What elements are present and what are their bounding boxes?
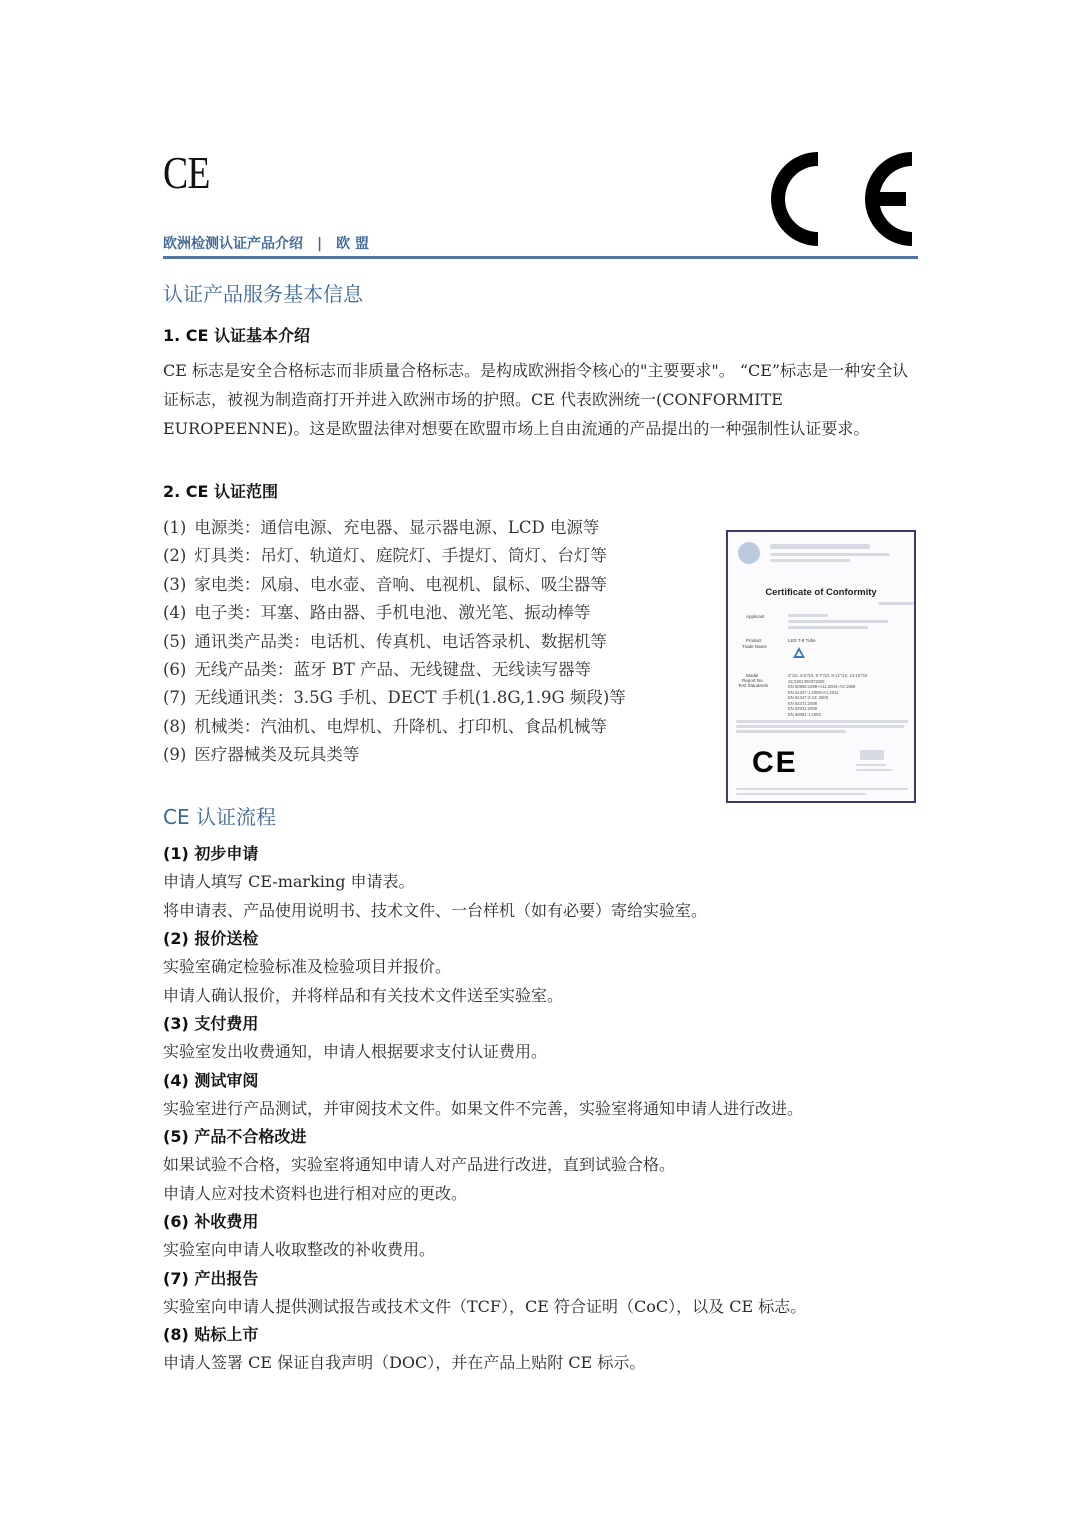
certification-body-logo-icon: [792, 646, 806, 660]
header-divider: [163, 256, 918, 259]
section-heading-process: CE 认证流程: [163, 803, 276, 831]
ce-mark-icon: [768, 146, 916, 252]
scope-item: (2)灯具类：吊灯、轨道灯、庭院灯、手提灯、筒灯、台灯等: [163, 542, 626, 570]
step-text: 申请人确认报价，并将样品和有关技术文件送至实验室。: [163, 982, 806, 1011]
step-title: (8) 贴标上市: [163, 1321, 806, 1349]
step-text: 如果试验不合格，实验室将通知申请人对产品进行改进，直到试验合格。: [163, 1151, 806, 1180]
scope-item: (8)机械类：汽油机、电焊机、升降机、打印机、食品机械等: [163, 713, 626, 741]
subtitle-category: 欧洲检测认证产品介绍: [163, 236, 303, 252]
scope-list: (1)电源类：通信电源、充电器、显示器电源、LCD 电源等 (2)灯具类：吊灯、…: [163, 514, 626, 770]
scope-item: (5)通讯类产品类：电话机、传真机、电话答录机、数据机等: [163, 628, 626, 656]
certificate-title: Certificate of Conformity: [728, 587, 914, 598]
intro-heading: 1. CE 认证基本介绍: [163, 324, 310, 348]
scope-item: (1)电源类：通信电源、充电器、显示器电源、LCD 电源等: [163, 514, 626, 542]
step-text: 实验室确定检验标准及检验项目并报价。: [163, 953, 806, 982]
scope-item: (3)家电类：风扇、电水壶、音响、电视机、鼠标、吸尘器等: [163, 571, 626, 599]
step-title: (1) 初步申请: [163, 840, 806, 868]
step-text: 申请人应对技术资料也进行相对应的更改。: [163, 1180, 806, 1209]
step-text: 申请人签署 CE 保证自我声明（DOC），并在产品上贴附 CE 标示。: [163, 1349, 806, 1378]
scope-item: (6)无线产品类：蓝牙 BT 产品、无线键盘、无线读写器等: [163, 656, 626, 684]
scope-item: (4)电子类：耳塞、路由器、手机电池、激光笔、振动棒等: [163, 599, 626, 627]
step-title: (4) 测试审阅: [163, 1067, 806, 1095]
step-text: 实验室发出收费通知，申请人根据要求支付认证费用。: [163, 1038, 806, 1067]
step-text: 实验室向申请人提供测试报告或技术文件（TCF），CE 符合证明（CoC），以及 …: [163, 1293, 806, 1322]
section-heading-basic-info: 认证产品服务基本信息: [163, 280, 363, 308]
subtitle-separator: |: [317, 236, 322, 252]
step-text: 将申请表、产品使用说明书、技术文件、一台样机（如有必要）寄给实验室。: [163, 897, 806, 926]
document-page: CE 欧洲检测认证产品介绍|欧 盟 认证产品服务基本信息 1. CE 认证基本介…: [0, 0, 1080, 1527]
step-text: 实验室向申请人收取整改的补收费用。: [163, 1236, 806, 1265]
step-text: 实验室进行产品测试，并审阅技术文件。如果文件不完善，实验室将通知申请人进行改进。: [163, 1095, 806, 1124]
step-title: (3) 支付费用: [163, 1010, 806, 1038]
step-text: 申请人填写 CE-marking 申请表。: [163, 868, 806, 897]
certificate-image: Certificate of Conformity Applicant Prod…: [726, 530, 916, 803]
step-title: (5) 产品不合格改进: [163, 1123, 806, 1151]
certificate-ce-mark: CE: [752, 746, 798, 780]
step-title: (2) 报价送检: [163, 925, 806, 953]
page-title: CE: [163, 146, 210, 200]
step-title: (6) 补收费用: [163, 1208, 806, 1236]
header-subtitle: 欧洲检测认证产品介绍|欧 盟: [163, 234, 369, 254]
subtitle-region: 欧 盟: [336, 236, 369, 252]
scope-item: (7)无线通讯类：3.5G 手机、DECT 手机(1.8G,1.9G 频段)等: [163, 684, 626, 712]
intro-paragraph: CE 标志是安全合格标志而非质量合格标志。是构成欧洲指令核心的"主要要求"。 “…: [163, 356, 923, 443]
scope-item: (9)医疗器械类及玩具类等: [163, 741, 626, 769]
scope-heading: 2. CE 认证范围: [163, 480, 278, 504]
step-title: (7) 产出报告: [163, 1265, 806, 1293]
process-steps: (1) 初步申请 申请人填写 CE-marking 申请表。 将申请表、产品使用…: [163, 840, 806, 1378]
